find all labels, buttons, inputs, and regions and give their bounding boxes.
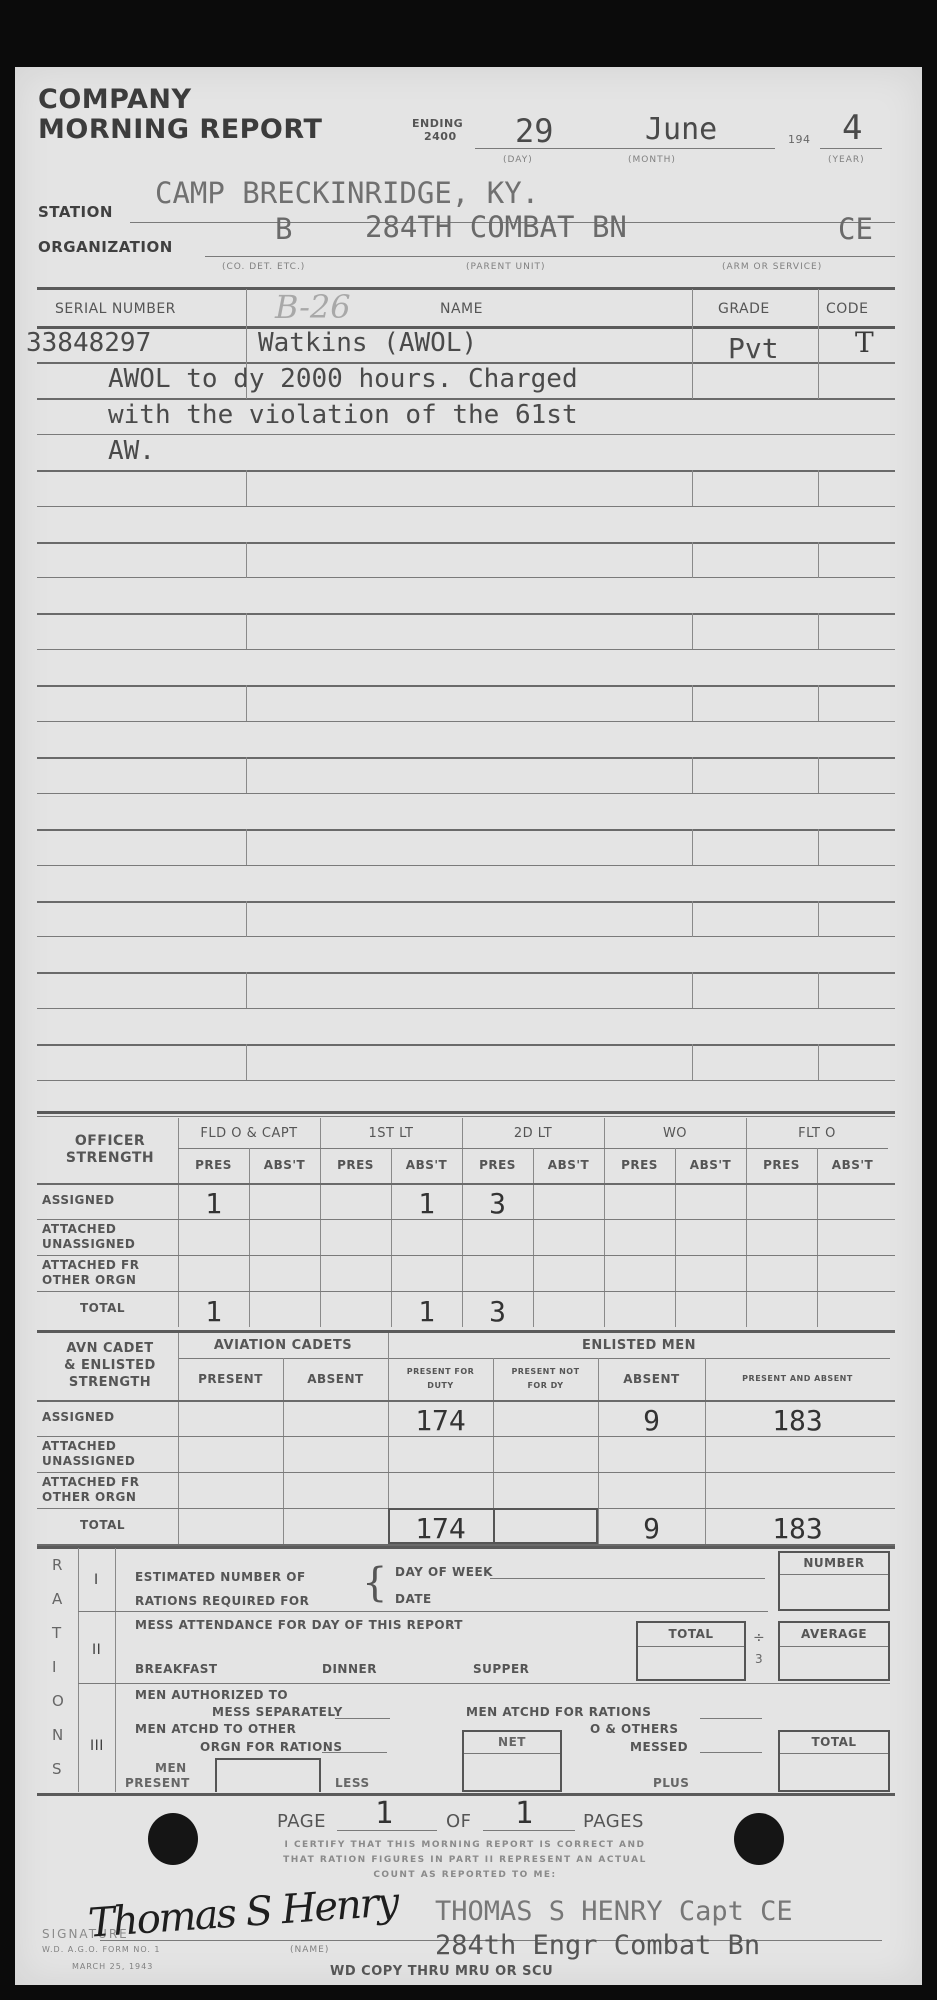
officer-strength-cell [817, 1293, 888, 1329]
enlisted-strength-cell [493, 1474, 598, 1510]
column-divider [246, 901, 247, 937]
enlisted-row-label: ATTACHEDUNASSIGNED [42, 1439, 135, 1469]
column-divider [818, 829, 819, 865]
officer-sub-header: ABS'T [675, 1148, 746, 1182]
day-caption: (DAY) [503, 155, 533, 165]
officer-top-border-inner [37, 1116, 895, 1117]
ruled-line [37, 398, 895, 400]
rations-letter: A [52, 1590, 63, 1608]
ruled-line [37, 757, 895, 759]
of-label: OF [446, 1811, 472, 1832]
ruled-line [37, 470, 895, 472]
remark-line-3: AW. [108, 436, 155, 466]
rations-letter: N [52, 1726, 64, 1744]
enlisted-strength-cell [178, 1402, 283, 1438]
officer-sub-header: PRES [604, 1148, 675, 1182]
column-divider [246, 1044, 247, 1080]
mess-total-box: TOTAL [636, 1621, 746, 1681]
report-year: 4 [842, 108, 862, 148]
rations-part1-border [78, 1611, 768, 1612]
rations-part1-text: ESTIMATED NUMBER OF RATIONS REQUIRED FOR [135, 1565, 309, 1613]
officer-sub-header: ABS'T [391, 1148, 462, 1182]
officer-sub-header: ABS'T [249, 1148, 320, 1182]
officer-group-header: FLD O & CAPT [178, 1118, 320, 1148]
number-box: NUMBER [778, 1551, 890, 1611]
officer-strength-cell: 1 [178, 1293, 249, 1329]
net-box: NET [462, 1730, 562, 1792]
column-divider [692, 829, 693, 865]
column-divider [818, 470, 819, 506]
enlisted-strength-cell [705, 1474, 890, 1510]
officer-strength-cell [604, 1185, 675, 1221]
enlisted-strength-cell: 174 [388, 1402, 493, 1438]
entry-name: Watkins (AWOL) [258, 328, 477, 358]
dinner-label: DINNER [322, 1662, 377, 1676]
entry-grade: Pvt [728, 332, 779, 365]
rations-letter: T [52, 1624, 62, 1642]
aviation-cadets-header: AVIATION CADETS [178, 1333, 388, 1358]
officer-sub-header: PRES [462, 1148, 533, 1182]
org-caption-parent: (PARENT UNIT) [466, 262, 546, 272]
form-title-line2: MORNING REPORT [38, 115, 322, 145]
officer-strength-cell [604, 1293, 675, 1329]
mess-separately-field [335, 1718, 390, 1719]
rations-top-border [37, 1546, 895, 1549]
officer-strength-cell [320, 1293, 391, 1329]
officer-strength-cell [320, 1221, 391, 1257]
column-divider [818, 901, 819, 937]
org-caption-co: (CO. DET. ETC.) [222, 262, 305, 272]
officer-group-header: 2D LT [462, 1118, 604, 1148]
officer-strength-cell [533, 1293, 604, 1329]
organization-underline [205, 256, 895, 257]
enlisted-strength-cell: 9 [598, 1510, 705, 1546]
ruled-line [37, 1008, 895, 1009]
ruled-line [37, 1044, 895, 1046]
officer-sub-header: PRES [746, 1148, 817, 1182]
punch-hole-left [148, 1813, 198, 1865]
row-border [37, 1472, 895, 1473]
entry-serial: 33848297 [26, 328, 151, 358]
ruled-line [37, 793, 895, 794]
ending-label: ENDING 2400 [412, 117, 463, 143]
men-authorized-2: MESS SEPARATELY [212, 1705, 343, 1719]
men-atchd-other-1: MEN ATCHD TO OTHER [135, 1722, 296, 1736]
column-divider [818, 542, 819, 578]
page-total: 1 [515, 1796, 533, 1831]
officer-strength-cell: 1 [391, 1185, 462, 1221]
rations-bottom-border [37, 1793, 895, 1796]
form-number: W.D. A.G.O. FORM NO. 1 [42, 1945, 161, 1954]
header-name: NAME [440, 301, 483, 317]
month-caption: (MONTH) [628, 155, 676, 165]
ruled-line [37, 434, 895, 435]
o-others-1: O & OTHERS [590, 1722, 679, 1736]
rations-letter: S [52, 1760, 62, 1778]
enlisted-men-header: ENLISTED MEN [388, 1333, 890, 1358]
rations-letter-divider [78, 1548, 79, 1792]
officer-strength-title: OFFICER STRENGTH [45, 1133, 175, 1167]
header-grade: GRADE [718, 301, 770, 317]
officer-strength-cell [746, 1185, 817, 1221]
column-divider [692, 685, 693, 721]
pages-label: PAGES [583, 1811, 644, 1832]
header-code: CODE [826, 301, 868, 317]
officer-strength-cell: 1 [178, 1185, 249, 1221]
remark-line-2: with the violation of the 61st [108, 400, 578, 430]
column-divider [818, 757, 819, 793]
column-divider [692, 901, 693, 937]
rations-part2-num: II [92, 1642, 101, 1658]
date-label: DATE [395, 1592, 432, 1606]
rations-total-box: TOTAL [778, 1730, 890, 1792]
ruled-line [37, 1080, 895, 1081]
men-atchd-rations: MEN ATCHD FOR RATIONS [466, 1705, 651, 1719]
station-value: CAMP BRECKINRIDGE, KY. [155, 176, 539, 210]
men-authorized-1: MEN AUTHORIZED TO [135, 1688, 288, 1702]
officer-strength-cell [391, 1257, 462, 1293]
officer-strength-cell [533, 1257, 604, 1293]
officer-strength-cell [249, 1257, 320, 1293]
report-day: 29 [515, 112, 554, 150]
brace: { [362, 1560, 387, 1606]
enlisted-sub-header: ABSENT [283, 1358, 388, 1400]
enlisted-strength-cell [283, 1402, 388, 1438]
header-serial-number: SERIAL NUMBER [55, 301, 176, 317]
typed-signer-name: THOMAS S HENRY Capt CE [435, 1896, 793, 1927]
row-border [37, 1436, 895, 1437]
ruled-line [37, 865, 895, 866]
certification-text: I CERTIFY THAT THIS MORNING REPORT IS CO… [250, 1838, 680, 1883]
enlisted-strength-cell [178, 1474, 283, 1510]
organization-label: ORGANIZATION [38, 238, 173, 256]
row-border [37, 1291, 895, 1292]
ruled-line [37, 936, 895, 937]
row-border [37, 1219, 895, 1220]
enlisted-strength-cell [598, 1438, 705, 1474]
men-present-box [215, 1758, 321, 1792]
officer-strength-cell [746, 1293, 817, 1329]
orgn-rations-field [322, 1752, 387, 1753]
column-divider [246, 829, 247, 865]
ruled-line [37, 685, 895, 687]
officer-strength-cell [249, 1185, 320, 1221]
rations-letter: O [52, 1692, 64, 1710]
officer-strength-cell [817, 1257, 888, 1293]
officer-strength-cell [817, 1185, 888, 1221]
ruled-line [37, 506, 895, 507]
year-underline [820, 148, 882, 149]
enlisted-row-label: TOTAL [80, 1518, 125, 1533]
remark-line-1: AWOL to dy 2000 hours. Charged [108, 364, 578, 394]
ruled-line [37, 972, 895, 974]
plus-label: PLUS [653, 1776, 689, 1790]
name-caption: (NAME) [290, 1945, 329, 1955]
officer-strength-cell [320, 1185, 391, 1221]
ruled-line [37, 613, 895, 615]
column-divider [818, 1044, 819, 1080]
men-present-1: MEN [155, 1761, 187, 1775]
column-divider [692, 289, 693, 399]
column-divider [246, 613, 247, 649]
officer-group-header: 1ST LT [320, 1118, 462, 1148]
divide-symbol: ÷ [753, 1630, 765, 1646]
officer-strength-cell [178, 1221, 249, 1257]
officer-row-label: ATTACHEDUNASSIGNED [42, 1222, 135, 1252]
supper-label: SUPPER [473, 1662, 529, 1676]
rations-part-divider [115, 1548, 116, 1792]
enlisted-strength-cell [178, 1438, 283, 1474]
officer-row-label: ASSIGNED [42, 1193, 115, 1208]
officer-strength-cell [533, 1221, 604, 1257]
column-divider [246, 289, 247, 399]
column-divider [692, 470, 693, 506]
officer-strength-cell [462, 1221, 533, 1257]
enlisted-strength-cell [388, 1474, 493, 1510]
enlisted-strength-cell [493, 1402, 598, 1438]
wd-copy-note: WD COPY THRU MRU OR SCU [330, 1964, 553, 1979]
men-atchd-rations-field [700, 1718, 762, 1719]
officer-sub-header: ABS'T [817, 1148, 888, 1182]
org-parent-unit: 284TH COMBAT BN [365, 210, 627, 244]
officer-sub-header: PRES [320, 1148, 391, 1182]
average-box: AVERAGE [778, 1621, 890, 1681]
column-divider [692, 542, 693, 578]
ruled-line [37, 362, 895, 364]
enlisted-strength-cell [178, 1510, 283, 1546]
officer-strength-cell: 3 [462, 1185, 533, 1221]
officer-group-header: FLT O [746, 1118, 888, 1148]
ruled-line [37, 901, 895, 903]
column-divider [246, 470, 247, 506]
column-divider [692, 1044, 693, 1080]
column-divider [692, 972, 693, 1008]
page-label: PAGE [277, 1811, 326, 1832]
enlisted-strength-cell [283, 1438, 388, 1474]
handwritten-note: B-26 [275, 288, 351, 326]
form-title: COMPANY MORNING REPORT [38, 85, 322, 145]
officer-strength-cell [675, 1257, 746, 1293]
ruled-line [37, 721, 895, 722]
enlisted-strength-cell [283, 1474, 388, 1510]
org-company: B [275, 212, 292, 246]
officer-group-header: WO [604, 1118, 746, 1148]
column-divider [818, 289, 819, 399]
officer-strength-cell: 1 [391, 1293, 462, 1329]
enlisted-strength-cell: 183 [705, 1510, 890, 1546]
officer-strength-cell [746, 1221, 817, 1257]
o-others-2: MESSED [630, 1740, 688, 1754]
less-label: LESS [335, 1776, 370, 1790]
ruled-line [37, 649, 895, 650]
enlisted-strength-cell [493, 1438, 598, 1474]
o-others-field [700, 1752, 762, 1753]
officer-strength-cell [249, 1293, 320, 1329]
rations-letter: I [52, 1658, 57, 1676]
entry-code: T [855, 326, 874, 359]
form-date: MARCH 25, 1943 [72, 1962, 153, 1971]
day-of-week-field [490, 1578, 765, 1579]
typed-signer-unit: 284th Engr Combat Bn [435, 1930, 760, 1961]
officer-strength-cell [604, 1257, 675, 1293]
enlisted-strength-cell [598, 1474, 705, 1510]
enlisted-row-label: ASSIGNED [42, 1410, 115, 1425]
officer-strength-cell [178, 1257, 249, 1293]
officer-strength-cell [604, 1221, 675, 1257]
column-divider [818, 972, 819, 1008]
officer-top-border [37, 1111, 895, 1114]
officer-strength-cell [817, 1221, 888, 1257]
mess-attendance-label: MESS ATTENDANCE FOR DAY OF THIS REPORT [135, 1618, 463, 1632]
officer-strength-cell [675, 1185, 746, 1221]
ruled-line [37, 577, 895, 578]
column-divider [818, 685, 819, 721]
enlisted-sub-header: PRESENT AND ABSENT [705, 1358, 890, 1400]
officer-strength-cell [320, 1257, 391, 1293]
enlisted-sub-header: PRESENT NOT FOR DY [493, 1358, 598, 1400]
officer-strength-cell [675, 1293, 746, 1329]
rations-part2-border [78, 1683, 890, 1684]
ruled-line [37, 542, 895, 544]
enlisted-strength-cell [283, 1510, 388, 1546]
officer-strength-cell [533, 1185, 604, 1221]
enlisted-sub-header: PRESENT [178, 1358, 283, 1400]
officer-strength-cell [746, 1257, 817, 1293]
officer-strength-cell [249, 1221, 320, 1257]
enlisted-sub-header: ABSENT [598, 1358, 705, 1400]
enlisted-strength-title: AVN CADET & ENLISTED STRENGTH [45, 1340, 175, 1391]
year-prefix: 194 [788, 133, 811, 146]
punch-hole-right [734, 1813, 784, 1865]
officer-strength-cell [462, 1257, 533, 1293]
officer-sub-header: PRES [178, 1148, 249, 1182]
enlisted-row-label: ATTACHED FROTHER ORGN [42, 1475, 139, 1505]
officer-strength-cell [675, 1221, 746, 1257]
officer-sub-header: ABS'T [533, 1148, 604, 1182]
column-divider [246, 685, 247, 721]
rations-part1-num: I [94, 1572, 99, 1588]
row-border [37, 1255, 895, 1256]
ruled-line [37, 829, 895, 831]
org-arm-service: CE [838, 212, 873, 246]
men-present-2: PRESENT [125, 1776, 190, 1790]
column-divider [692, 757, 693, 793]
divide-by: 3 [755, 1652, 763, 1666]
year-caption: (YEAR) [828, 155, 865, 165]
enlisted-strength-cell: 9 [598, 1402, 705, 1438]
officer-row-label: ATTACHED FROTHER ORGN [42, 1258, 139, 1288]
day-of-week-label: DAY OF WEEK [395, 1565, 493, 1579]
breakfast-label: BREAKFAST [135, 1662, 218, 1676]
rations-part3-num: III [90, 1738, 104, 1754]
officer-strength-cell: 3 [462, 1293, 533, 1329]
report-month: June [645, 112, 717, 147]
rations-letter: R [52, 1556, 63, 1574]
page-num: 1 [375, 1796, 393, 1831]
station-label: STATION [38, 203, 113, 221]
form-title-line1: COMPANY [38, 85, 322, 115]
enlisted-sub-header: PRESENT FOR DUTY [388, 1358, 493, 1400]
enlisted-strength-cell [705, 1438, 890, 1474]
officer-strength-cell [391, 1221, 462, 1257]
column-divider [818, 613, 819, 649]
entries-top-border [37, 287, 895, 290]
column-divider [246, 757, 247, 793]
column-divider [493, 1508, 495, 1544]
column-divider [246, 542, 247, 578]
officer-row-label: TOTAL [80, 1301, 125, 1316]
enlisted-strength-cell: 183 [705, 1402, 890, 1438]
enlisted-strength-cell [388, 1438, 493, 1474]
org-caption-arm: (ARM OR SERVICE) [722, 262, 822, 272]
column-divider [246, 972, 247, 1008]
column-divider [692, 613, 693, 649]
